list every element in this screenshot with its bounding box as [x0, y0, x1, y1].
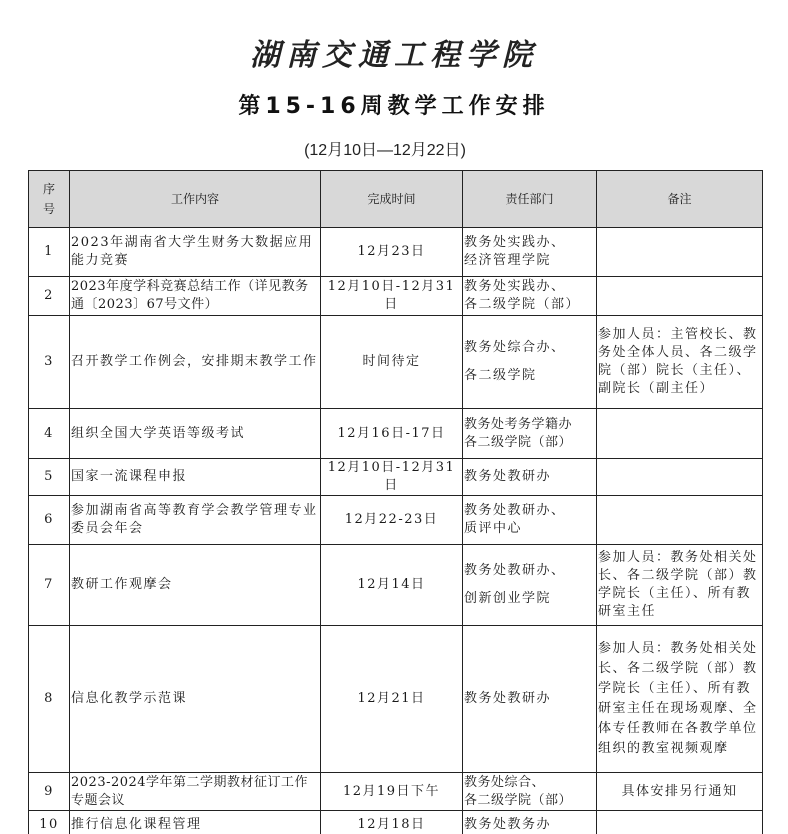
responsible-department: 教务处综合、 各二级学院（部） — [463, 773, 597, 811]
work-content: 2023年湖南省大学生财务大数据应用能力竞赛 — [70, 228, 321, 277]
column-header-time: 完成时间 — [321, 171, 463, 228]
table-row: 6 参加湖南省高等教育学会教学管理专业委员会年会 12月22-23日 教务处教研… — [29, 496, 763, 545]
table-row: 9 2023-2024学年第二学期教材征订工作专题会议 12月19日下午 教务处… — [29, 773, 763, 811]
work-content: 信息化教学示范课 — [70, 626, 321, 773]
row-number: 1 — [29, 228, 70, 277]
note: 参加人员：教务处相关处长、各二级学院（部）教学院长（主任）、所有教研室主任在现场… — [597, 626, 763, 773]
row-number: 5 — [29, 459, 70, 496]
row-number: 6 — [29, 496, 70, 545]
work-content: 组织全国大学英语等级考试 — [70, 409, 321, 459]
completion-time: 12月16日-17日 — [321, 409, 463, 459]
completion-time: 12月10日-12月31日 — [321, 277, 463, 316]
work-content: 参加湖南省高等教育学会教学管理专业委员会年会 — [70, 496, 321, 545]
work-content: 2023年度学科竞赛总结工作（详见教务通〔2023〕67号文件） — [70, 277, 321, 316]
column-header-number: 序号 — [29, 171, 70, 228]
row-number: 8 — [29, 626, 70, 773]
completion-time: 12月14日 — [321, 545, 463, 626]
note: 参加人员：主管校长、教务处全体人员、各二级学院（部）院长（主任）、副院长（副主任… — [597, 316, 763, 409]
school-name: 湖南交通工程学院 — [0, 38, 788, 74]
work-content: 推行信息化课程管理 — [70, 811, 321, 834]
responsible-department: 教务处教研办、 创新创业学院 — [463, 545, 597, 626]
completion-time: 12月19日下午 — [321, 773, 463, 811]
responsible-department: 教务处教研办 — [463, 459, 597, 496]
row-number: 4 — [29, 409, 70, 459]
responsible-department: 教务处实践办、 经济管理学院 — [463, 228, 597, 277]
responsible-department: 教务处教务办 — [463, 811, 597, 834]
work-content: 召开教学工作例会，安排期末教学工作 — [70, 316, 321, 409]
row-number: 2 — [29, 277, 70, 316]
column-header-department: 责任部门 — [463, 171, 597, 228]
column-header-content: 工作内容 — [70, 171, 321, 228]
completion-time: 12月18日 — [321, 811, 463, 834]
table-row: 7 教研工作观摩会 12月14日 教务处教研办、 创新创业学院 参加人员：教务处… — [29, 545, 763, 626]
note — [597, 459, 763, 496]
document-title: 第15-16周教学工作安排 — [0, 92, 788, 122]
responsible-department: 教务处考务学籍办 各二级学院（部） — [463, 409, 597, 459]
responsible-department: 教务处综合办、 各二级学院 — [463, 316, 597, 409]
responsible-department: 教务处实践办、 各二级学院（部） — [463, 277, 597, 316]
note — [597, 228, 763, 277]
completion-time: 12月23日 — [321, 228, 463, 277]
row-number: 10 — [29, 811, 70, 834]
note — [597, 811, 763, 834]
completion-time: 时间待定 — [321, 316, 463, 409]
table-row: 1 2023年湖南省大学生财务大数据应用能力竞赛 12月23日 教务处实践办、 … — [29, 228, 763, 277]
schedule-table: 序号 工作内容 完成时间 责任部门 备注 1 2023年湖南省大学生财务大数据应… — [28, 170, 763, 834]
work-content: 教研工作观摩会 — [70, 545, 321, 626]
table-row: 4 组织全国大学英语等级考试 12月16日-17日 教务处考务学籍办 各二级学院… — [29, 409, 763, 459]
table-header-row: 序号 工作内容 完成时间 责任部门 备注 — [29, 171, 763, 228]
work-content: 国家一流课程申报 — [70, 459, 321, 496]
row-number: 3 — [29, 316, 70, 409]
completion-time: 12月22-23日 — [321, 496, 463, 545]
responsible-department: 教务处教研办、 质评中心 — [463, 496, 597, 545]
completion-time: 12月21日 — [321, 626, 463, 773]
work-content: 2023-2024学年第二学期教材征订工作专题会议 — [70, 773, 321, 811]
column-header-notes: 备注 — [597, 171, 763, 228]
responsible-department: 教务处教研办 — [463, 626, 597, 773]
table-row: 2 2023年度学科竞赛总结工作（详见教务通〔2023〕67号文件） 12月10… — [29, 277, 763, 316]
note — [597, 277, 763, 316]
table-row: 5 国家一流课程申报 12月10日-12月31日 教务处教研办 — [29, 459, 763, 496]
note — [597, 496, 763, 545]
row-number: 7 — [29, 545, 70, 626]
table-row: 3 召开教学工作例会，安排期末教学工作 时间待定 教务处综合办、 各二级学院 参… — [29, 316, 763, 409]
table-row: 8 信息化教学示范课 12月21日 教务处教研办 参加人员：教务处相关处长、各二… — [29, 626, 763, 773]
date-range: (12月10日—12月22日) — [0, 140, 770, 162]
note: 具体安排另行通知 — [597, 773, 763, 811]
table-row: 10 推行信息化课程管理 12月18日 教务处教务办 — [29, 811, 763, 834]
completion-time: 12月10日-12月31日 — [321, 459, 463, 496]
note: 参加人员：教务处相关处长、各二级学院（部）教学院长（主任）、所有教研室主任 — [597, 545, 763, 626]
row-number: 9 — [29, 773, 70, 811]
note — [597, 409, 763, 459]
